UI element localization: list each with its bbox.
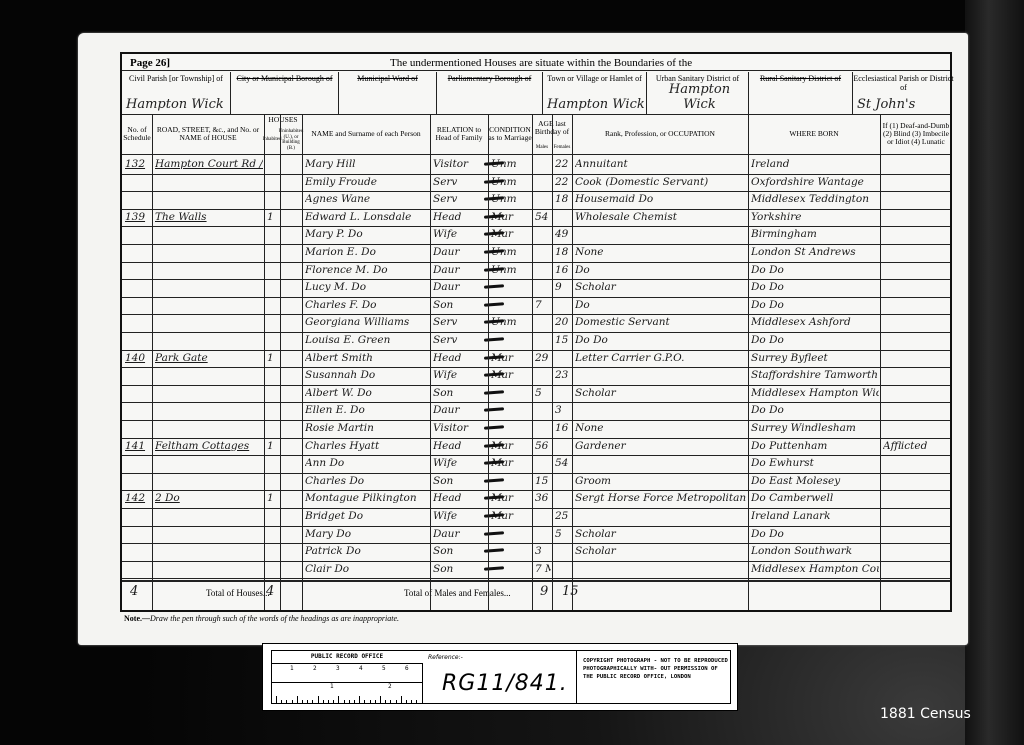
form-title: The undermentioned Houses are situate wi… — [390, 57, 692, 69]
admin-area: Parliamentary Borough of — [436, 72, 542, 114]
cell-occupation: Domestic Servant — [575, 316, 747, 328]
ruler-tick — [297, 696, 298, 704]
column-divider — [302, 114, 303, 610]
ruler-tick — [312, 700, 313, 704]
tally-mark — [484, 548, 504, 552]
column-header-road: ROAD, STREET, &c., and No. or NAME of HO… — [152, 114, 264, 154]
cell-female: 22 — [555, 176, 571, 188]
cell-inh: 1 — [267, 492, 279, 504]
cell-occupation: Housemaid Do — [575, 193, 747, 205]
cell-name: Charles Do — [305, 475, 429, 487]
ruler-tick — [370, 700, 371, 704]
ruler-number: 2 — [313, 665, 317, 672]
cell-born: Ireland Lanark — [751, 510, 879, 522]
label-frame: PUBLIC RECORD OFFICE 12345612 Reference:… — [271, 650, 731, 704]
ruler-tick — [390, 700, 391, 704]
cell-born: Birmingham — [751, 228, 879, 240]
cell-occupation: Scholar — [575, 281, 747, 293]
cell-female: 54 — [555, 457, 571, 469]
males-total: 9 — [540, 584, 548, 599]
cell-road: Feltham Cottages — [155, 440, 263, 452]
admin-area: Rural Sanitary District of — [748, 72, 852, 114]
cell-male: 36 — [535, 492, 551, 504]
ruler-tick — [307, 700, 308, 704]
column-divider — [532, 114, 533, 610]
cell-female: 49 — [555, 228, 571, 240]
row-divider — [122, 526, 950, 527]
office-name: PUBLIC RECORD OFFICE — [272, 653, 422, 660]
cell-relation: Serv — [433, 316, 487, 328]
ruler-number: 4 — [359, 665, 363, 672]
ruler-tick — [385, 700, 386, 704]
ruler-tick — [406, 700, 407, 704]
ruler-tick — [411, 700, 412, 704]
cell-name: Lucy M. Do — [305, 281, 429, 293]
cell-relation: Serv — [433, 176, 487, 188]
tally-mark — [484, 390, 504, 394]
column-header-uninh: Uninhabited (U.), or Building (B.) — [280, 126, 302, 154]
admin-label: Town or Village or Hamlet of — [543, 72, 646, 83]
cell-male: 3 — [535, 545, 551, 557]
totals-divider — [122, 580, 950, 582]
column-divider — [152, 114, 153, 610]
ruler-tick — [318, 696, 319, 704]
cell-name: Bridget Do — [305, 510, 429, 522]
tally-mark — [484, 478, 504, 482]
column-divider — [488, 114, 489, 610]
cell-road: Hampton Court Rd / Ivy Lodge — [155, 158, 263, 170]
admin-value: Hampton Wick — [547, 97, 645, 112]
cell-relation: Wife — [433, 457, 487, 469]
row-divider — [122, 420, 950, 421]
divider — [122, 70, 950, 71]
column-header-female: Females — [552, 142, 572, 154]
reference-label: Reference:- — [428, 654, 463, 661]
row-divider — [122, 473, 950, 474]
cell-relation: Wife — [433, 510, 487, 522]
row-divider — [122, 244, 950, 245]
cell-name: Charles Hyatt — [305, 440, 429, 452]
cell-name: Mary Do — [305, 528, 429, 540]
cell-occupation: Annuitant — [575, 158, 747, 170]
cell-name: Montague Pilkington — [305, 492, 429, 504]
cell-inh: 1 — [267, 440, 279, 452]
row-divider — [122, 350, 950, 351]
ruler-tick — [292, 700, 293, 704]
row-divider — [122, 490, 950, 491]
cell-occupation: Scholar — [575, 387, 747, 399]
row-divider — [122, 455, 950, 456]
cell-name: Agnes Wane — [305, 193, 429, 205]
admin-label: Ecclesiastical Parish or District of — [853, 72, 954, 92]
ruler-number: 6 — [405, 665, 409, 672]
cell-relation: Head — [433, 211, 487, 223]
cell-female: 16 — [555, 422, 571, 434]
tally-mark — [484, 531, 504, 535]
row-divider — [122, 209, 950, 210]
cell-female: 23 — [555, 369, 571, 381]
cell-name: Clair Do — [305, 563, 429, 575]
cell-occupation: Gardener — [575, 440, 747, 452]
cell-born: Middlesex Hampton Wick — [751, 387, 879, 399]
admin-area: Civil Parish [or Township] ofHampton Wic… — [122, 72, 230, 114]
cell-name: Georgiana Williams — [305, 316, 429, 328]
cell-male: 15 — [535, 475, 551, 487]
cell-occupation: Scholar — [575, 545, 747, 557]
cell-occupation: Wholesale Chemist — [575, 211, 747, 223]
record-office-label: PUBLIC RECORD OFFICE 12345612 Reference:… — [262, 643, 738, 711]
column-divider — [264, 114, 265, 610]
row-divider — [122, 402, 950, 403]
cell-born: Middlesex Teddington — [751, 193, 879, 205]
cell-relation: Daur — [433, 246, 487, 258]
cell-male: 7 — [535, 299, 551, 311]
cell-road: Park Gate — [155, 352, 263, 364]
ruler-tick — [416, 700, 417, 704]
cell-name: Edward L. Lonsdale — [305, 211, 429, 223]
ruler-tick — [364, 700, 365, 704]
cell-relation: Daur — [433, 281, 487, 293]
cell-name: Susannah Do — [305, 369, 429, 381]
row-divider — [122, 385, 950, 386]
cell-name: Charles F. Do — [305, 299, 429, 311]
cell-schedule: 142 — [125, 492, 151, 504]
cell-inh: 1 — [267, 352, 279, 364]
cell-occupation: Scholar — [575, 528, 747, 540]
females-total: 15 — [562, 584, 579, 599]
divider — [122, 154, 950, 155]
tally-mark — [484, 337, 504, 341]
row-divider — [122, 279, 950, 280]
cell-female: 20 — [555, 316, 571, 328]
cell-born: Ireland — [751, 158, 879, 170]
cell-relation: Son — [433, 387, 487, 399]
form-note: Note.—Draw the pen through such of the w… — [124, 614, 399, 623]
cell-schedule: 132 — [125, 158, 151, 170]
admin-label: Civil Parish [or Township] of — [122, 72, 230, 83]
column-header-occupation: Rank, Profession, or OCCUPATION — [572, 114, 748, 154]
cell-female: 3 — [555, 404, 571, 416]
admin-label: Rural Sanitary District of — [749, 72, 852, 83]
tally-mark — [484, 408, 504, 412]
row-divider — [122, 332, 950, 333]
admin-value: St John's — [857, 97, 915, 112]
inhabited-total: 4 — [266, 584, 274, 599]
cell-born: Do Do — [751, 404, 879, 416]
cell-road: The Walls — [155, 211, 263, 223]
ruler-tick — [375, 700, 376, 704]
cell-male: 56 — [535, 440, 551, 452]
column-header-relation: RELATION to Head of Family — [430, 114, 488, 154]
ruler-tick — [323, 700, 324, 704]
cell-female: 18 — [555, 193, 571, 205]
cell-occupation: Sergt Horse Force Metropolitan — [575, 492, 747, 504]
cell-born: Do Ewhurst — [751, 457, 879, 469]
cell-born: London St Andrews — [751, 246, 879, 258]
tally-mark — [484, 566, 504, 570]
ruler-tick — [276, 696, 277, 704]
row-divider — [122, 543, 950, 544]
admin-area: Ecclesiastical Parish or District ofSt J… — [852, 72, 954, 114]
cell-born: Do Do — [751, 299, 879, 311]
ruler-inch: 2 — [388, 683, 392, 690]
row-divider — [122, 226, 950, 227]
tally-mark — [484, 425, 504, 429]
row-divider — [122, 297, 950, 298]
cell-road: 2 Do — [155, 492, 263, 504]
cell-female: 25 — [555, 510, 571, 522]
cell-relation: Visitor — [433, 158, 487, 170]
cell-female: 5 — [555, 528, 571, 540]
ruler-divider — [272, 682, 422, 683]
ruler-number: 3 — [336, 665, 340, 672]
cell-name: Marion E. Do — [305, 246, 429, 258]
cell-male: 7 Mo — [535, 563, 551, 575]
row-divider — [122, 508, 950, 509]
ruler-inch: 1 — [330, 683, 334, 690]
row-divider — [122, 191, 950, 192]
cell-male: 29 — [535, 352, 551, 364]
cell-occupation: Do Do — [575, 334, 747, 346]
admin-value: Hampton Wick — [651, 82, 748, 112]
ruler-tick — [401, 696, 402, 704]
cell-relation: Daur — [433, 264, 487, 276]
column-divider — [280, 114, 281, 610]
ruler-tick — [333, 700, 334, 704]
tally-mark — [484, 302, 504, 306]
tally-mark — [484, 284, 504, 288]
cell-male: 5 — [535, 387, 551, 399]
column-divider — [572, 114, 573, 610]
ruler-tick — [344, 700, 345, 704]
cell-relation: Son — [433, 299, 487, 311]
cell-inh: 1 — [267, 211, 279, 223]
cell-born: Staffordshire Tamworth — [751, 369, 879, 381]
watermark: 1881 Census — [880, 706, 971, 722]
cell-born: Do Camberwell — [751, 492, 879, 504]
cell-relation: Son — [433, 563, 487, 575]
column-divider — [552, 114, 553, 610]
row-divider — [122, 174, 950, 175]
admin-area: City or Municipal Borough of — [230, 72, 338, 114]
cell-born: London Southwark — [751, 545, 879, 557]
total-persons-label: Total of Males and Females... — [404, 588, 511, 598]
cell-relation: Son — [433, 545, 487, 557]
column-divider — [880, 114, 881, 610]
cell-name: Patrick Do — [305, 545, 429, 557]
cell-female: 22 — [555, 158, 571, 170]
admin-area: Town or Village or Hamlet ofHampton Wick — [542, 72, 646, 114]
cell-name: Mary P. Do — [305, 228, 429, 240]
cell-name: Ellen E. Do — [305, 404, 429, 416]
cell-born: Do Do — [751, 264, 879, 276]
ruler-tick — [354, 700, 355, 704]
column-header-infirmity: If (1) Deaf-and-Dumb (2) Blind (3) Imbec… — [880, 114, 952, 154]
note-prefix: Note.— — [124, 614, 150, 623]
census-form: Page 26] The undermentioned Houses are s… — [120, 52, 952, 612]
cell-born: Surrey Byfleet — [751, 352, 879, 364]
cell-occupation: Groom — [575, 475, 747, 487]
cell-female: 16 — [555, 264, 571, 276]
cell-female: 15 — [555, 334, 571, 346]
cell-relation: Serv — [433, 334, 487, 346]
copyright-notice: COPYRIGHT PHOTOGRAPH - NOT TO BE REPRODU… — [576, 651, 730, 703]
reference-number: RG11/841. — [442, 671, 568, 696]
cell-born: Yorkshire — [751, 211, 879, 223]
row-divider — [122, 561, 950, 562]
admin-label: City or Municipal Borough of — [231, 72, 338, 83]
cell-relation: Daur — [433, 528, 487, 540]
cell-relation: Daur — [433, 404, 487, 416]
ruler-number: 1 — [290, 665, 294, 672]
admin-label: Municipal Ward of — [339, 72, 436, 83]
row-divider — [122, 262, 950, 263]
ruler-tick — [302, 700, 303, 704]
row-divider — [122, 367, 950, 368]
cell-occupation: None — [575, 246, 747, 258]
cell-occupation: Cook (Domestic Servant) — [575, 176, 747, 188]
film-edge — [965, 0, 1024, 745]
cell-infirmity: Afflicted — [883, 440, 951, 452]
cell-relation: Serv — [433, 193, 487, 205]
scale-ruler: 12345612 — [272, 663, 423, 704]
ruler-tick — [281, 700, 282, 704]
cell-schedule: 139 — [125, 211, 151, 223]
ruler-number: 5 — [382, 665, 386, 672]
cell-name: Mary Hill — [305, 158, 429, 170]
cell-name: Albert W. Do — [305, 387, 429, 399]
cell-male: 54 — [535, 211, 551, 223]
cell-relation: Head — [433, 440, 487, 452]
cell-schedule: 141 — [125, 440, 151, 452]
cell-relation: Visitor — [433, 422, 487, 434]
admin-value: Hampton Wick — [126, 97, 224, 112]
ruler-tick — [328, 700, 329, 704]
cell-name: Emily Froude — [305, 176, 429, 188]
column-divider — [748, 114, 749, 610]
cell-relation: Head — [433, 352, 487, 364]
ruler-tick — [338, 696, 339, 704]
cell-occupation: Do — [575, 264, 747, 276]
cell-born: Do Do — [751, 334, 879, 346]
ruler-tick — [286, 700, 287, 704]
ruler-tick — [396, 700, 397, 704]
admin-area: Urban Sanitary District ofHampton Wick — [646, 72, 748, 114]
cell-born: Middlesex Hampton Court — [751, 563, 879, 575]
cell-female: 9 — [555, 281, 571, 293]
column-group-houses: HOUSES — [264, 114, 302, 126]
cell-occupation: Letter Carrier G.P.O. — [575, 352, 747, 364]
column-header-male: Males — [532, 142, 552, 154]
admin-area: Municipal Ward of — [338, 72, 436, 114]
cell-relation: Wife — [433, 369, 487, 381]
column-header-condition: CONDITION as to Marriage — [488, 114, 532, 154]
cell-relation: Son — [433, 475, 487, 487]
schedule-total: 4 — [130, 584, 138, 599]
column-header-schedule: No. of Schedule — [122, 114, 152, 154]
cell-born: Do East Molesey — [751, 475, 879, 487]
note-text: Draw the pen through such of the words o… — [150, 614, 399, 623]
row-divider — [122, 438, 950, 439]
cell-born: Do Do — [751, 281, 879, 293]
column-header-inh: Inhabited — [264, 126, 280, 154]
column-header-name: NAME and Surname of each Person — [302, 114, 430, 154]
cell-name: Louisa E. Green — [305, 334, 429, 346]
cell-name: Albert Smith — [305, 352, 429, 364]
page-number: Page 26] — [130, 57, 170, 69]
cell-female: 18 — [555, 246, 571, 258]
cell-relation: Wife — [433, 228, 487, 240]
cell-relation: Head — [433, 492, 487, 504]
cell-schedule: 140 — [125, 352, 151, 364]
ruler-tick — [380, 696, 381, 704]
column-divider — [430, 114, 431, 610]
column-header-born: WHERE BORN — [748, 114, 880, 154]
cell-name: Ann Do — [305, 457, 429, 469]
ruler-tick — [359, 696, 360, 704]
cell-name: Rosie Martin — [305, 422, 429, 434]
cell-born: Do Do — [751, 528, 879, 540]
cell-born: Surrey Windlesham — [751, 422, 879, 434]
ruler-tick — [349, 700, 350, 704]
cell-occupation: Do — [575, 299, 747, 311]
cell-born: Do Puttenham — [751, 440, 879, 452]
cell-born: Oxfordshire Wantage — [751, 176, 879, 188]
admin-label: Parliamentary Borough of — [437, 72, 542, 83]
cell-born: Middlesex Ashford — [751, 316, 879, 328]
cell-occupation: None — [575, 422, 747, 434]
row-divider — [122, 314, 950, 315]
total-houses-label: Total of Houses... — [206, 588, 270, 598]
cell-name: Florence M. Do — [305, 264, 429, 276]
